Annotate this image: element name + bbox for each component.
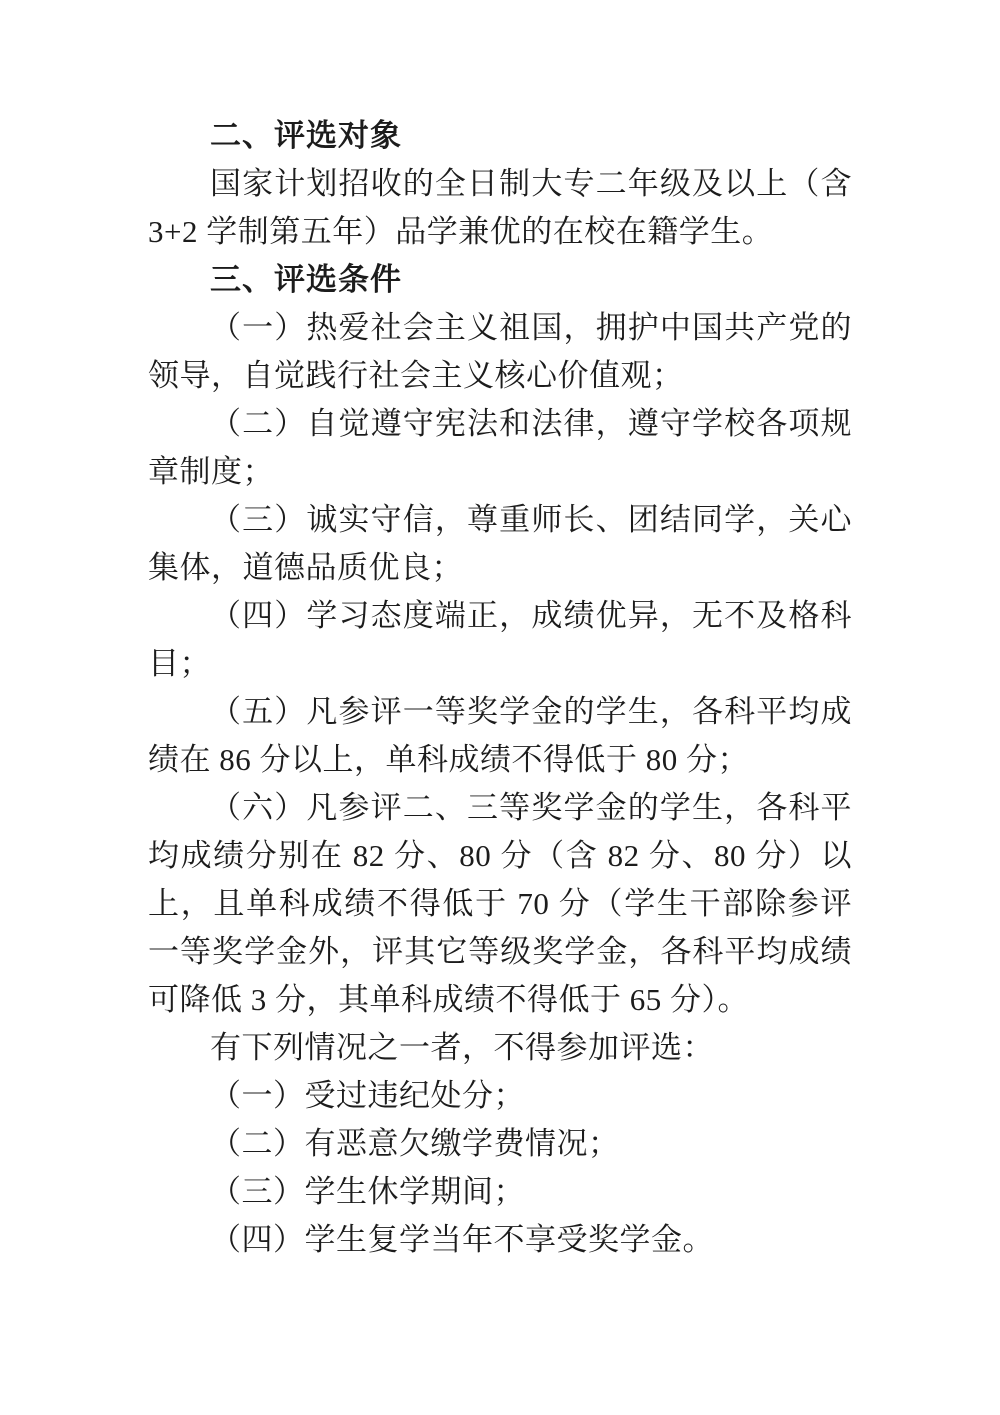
document-page: 二、评选对象 国家计划招收的全日制大专二年级及以上（含 3+2 学制第五年）品学… <box>0 0 1000 1415</box>
criteria-item-5: （五）凡参评一等奖学金的学生，各科平均成绩在 86 分以上，单科成绩不得低于 8… <box>148 688 852 784</box>
criteria-item-1: （一）热爱社会主义祖国，拥护中国共产党的领导，自觉践行社会主义核心价值观； <box>148 304 852 400</box>
section-heading-selection-targets: 二、评选对象 <box>148 112 852 160</box>
criteria-item-4: （四）学习态度端正，成绩优异，无不及格科目； <box>148 592 852 688</box>
document-body: 二、评选对象 国家计划招收的全日制大专二年级及以上（含 3+2 学制第五年）品学… <box>148 112 852 1264</box>
criteria-item-3: （三）诚实守信，尊重师长、团结同学，关心集体，道德品质优良； <box>148 496 852 592</box>
section-heading-selection-criteria: 三、评选条件 <box>148 256 852 304</box>
criteria-item-2: （二）自觉遵守宪法和法律，遵守学校各项规章制度； <box>148 400 852 496</box>
exclusion-item-1: （一）受过违纪处分； <box>148 1072 852 1120</box>
exclusion-item-3: （三）学生休学期间； <box>148 1168 852 1216</box>
exclusion-item-4: （四）学生复学当年不享受奖学金。 <box>148 1216 852 1264</box>
exclusion-item-2: （二）有恶意欠缴学费情况； <box>148 1120 852 1168</box>
paragraph-selection-targets: 国家计划招收的全日制大专二年级及以上（含 3+2 学制第五年）品学兼优的在校在籍… <box>148 160 852 256</box>
criteria-item-6: （六）凡参评二、三等奖学金的学生，各科平均成绩分别在 82 分、80 分（含 8… <box>148 784 852 1024</box>
exclusion-intro: 有下列情况之一者，不得参加评选： <box>148 1024 852 1072</box>
